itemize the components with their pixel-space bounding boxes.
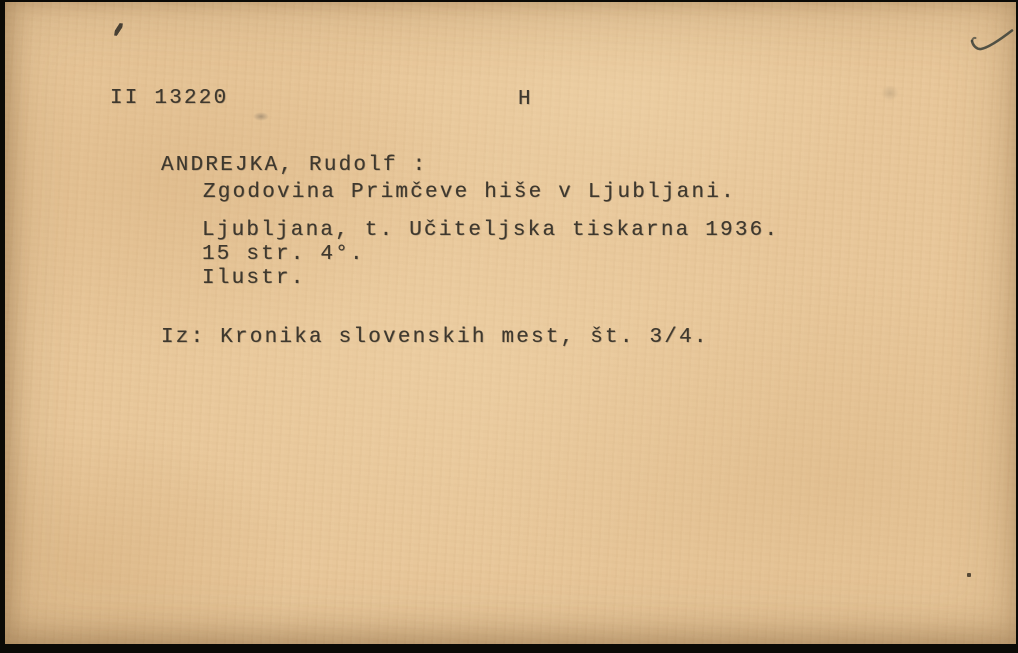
- heading-letter: H: [518, 89, 533, 110]
- handwritten-checkmark-icon: [968, 25, 1018, 57]
- source-line: Iz: Kronika slovenskih mest, št. 3/4.: [161, 327, 709, 348]
- call-number: II 13220: [110, 88, 228, 109]
- ink-smudge: [253, 112, 269, 121]
- imprint-line: Ljubljana, t. Učiteljska tiskarna 1936.: [202, 220, 779, 241]
- title-line: Zgodovina Primčeve hiše v Ljubljani.: [203, 182, 736, 203]
- ink-stray-mark: [114, 23, 123, 37]
- ink-speck: [967, 573, 971, 577]
- collation-line: 15 str. 4°.: [202, 244, 365, 265]
- faint-smudge: [881, 85, 899, 101]
- catalog-card-paper: II 13220 H ANDREJKA, Rudolf : Zgodovina …: [5, 2, 1016, 644]
- scanned-catalog-card: II 13220 H ANDREJKA, Rudolf : Zgodovina …: [0, 0, 1018, 653]
- illustration-line: Ilustr.: [202, 268, 306, 289]
- author-line: ANDREJKA, Rudolf :: [161, 155, 427, 176]
